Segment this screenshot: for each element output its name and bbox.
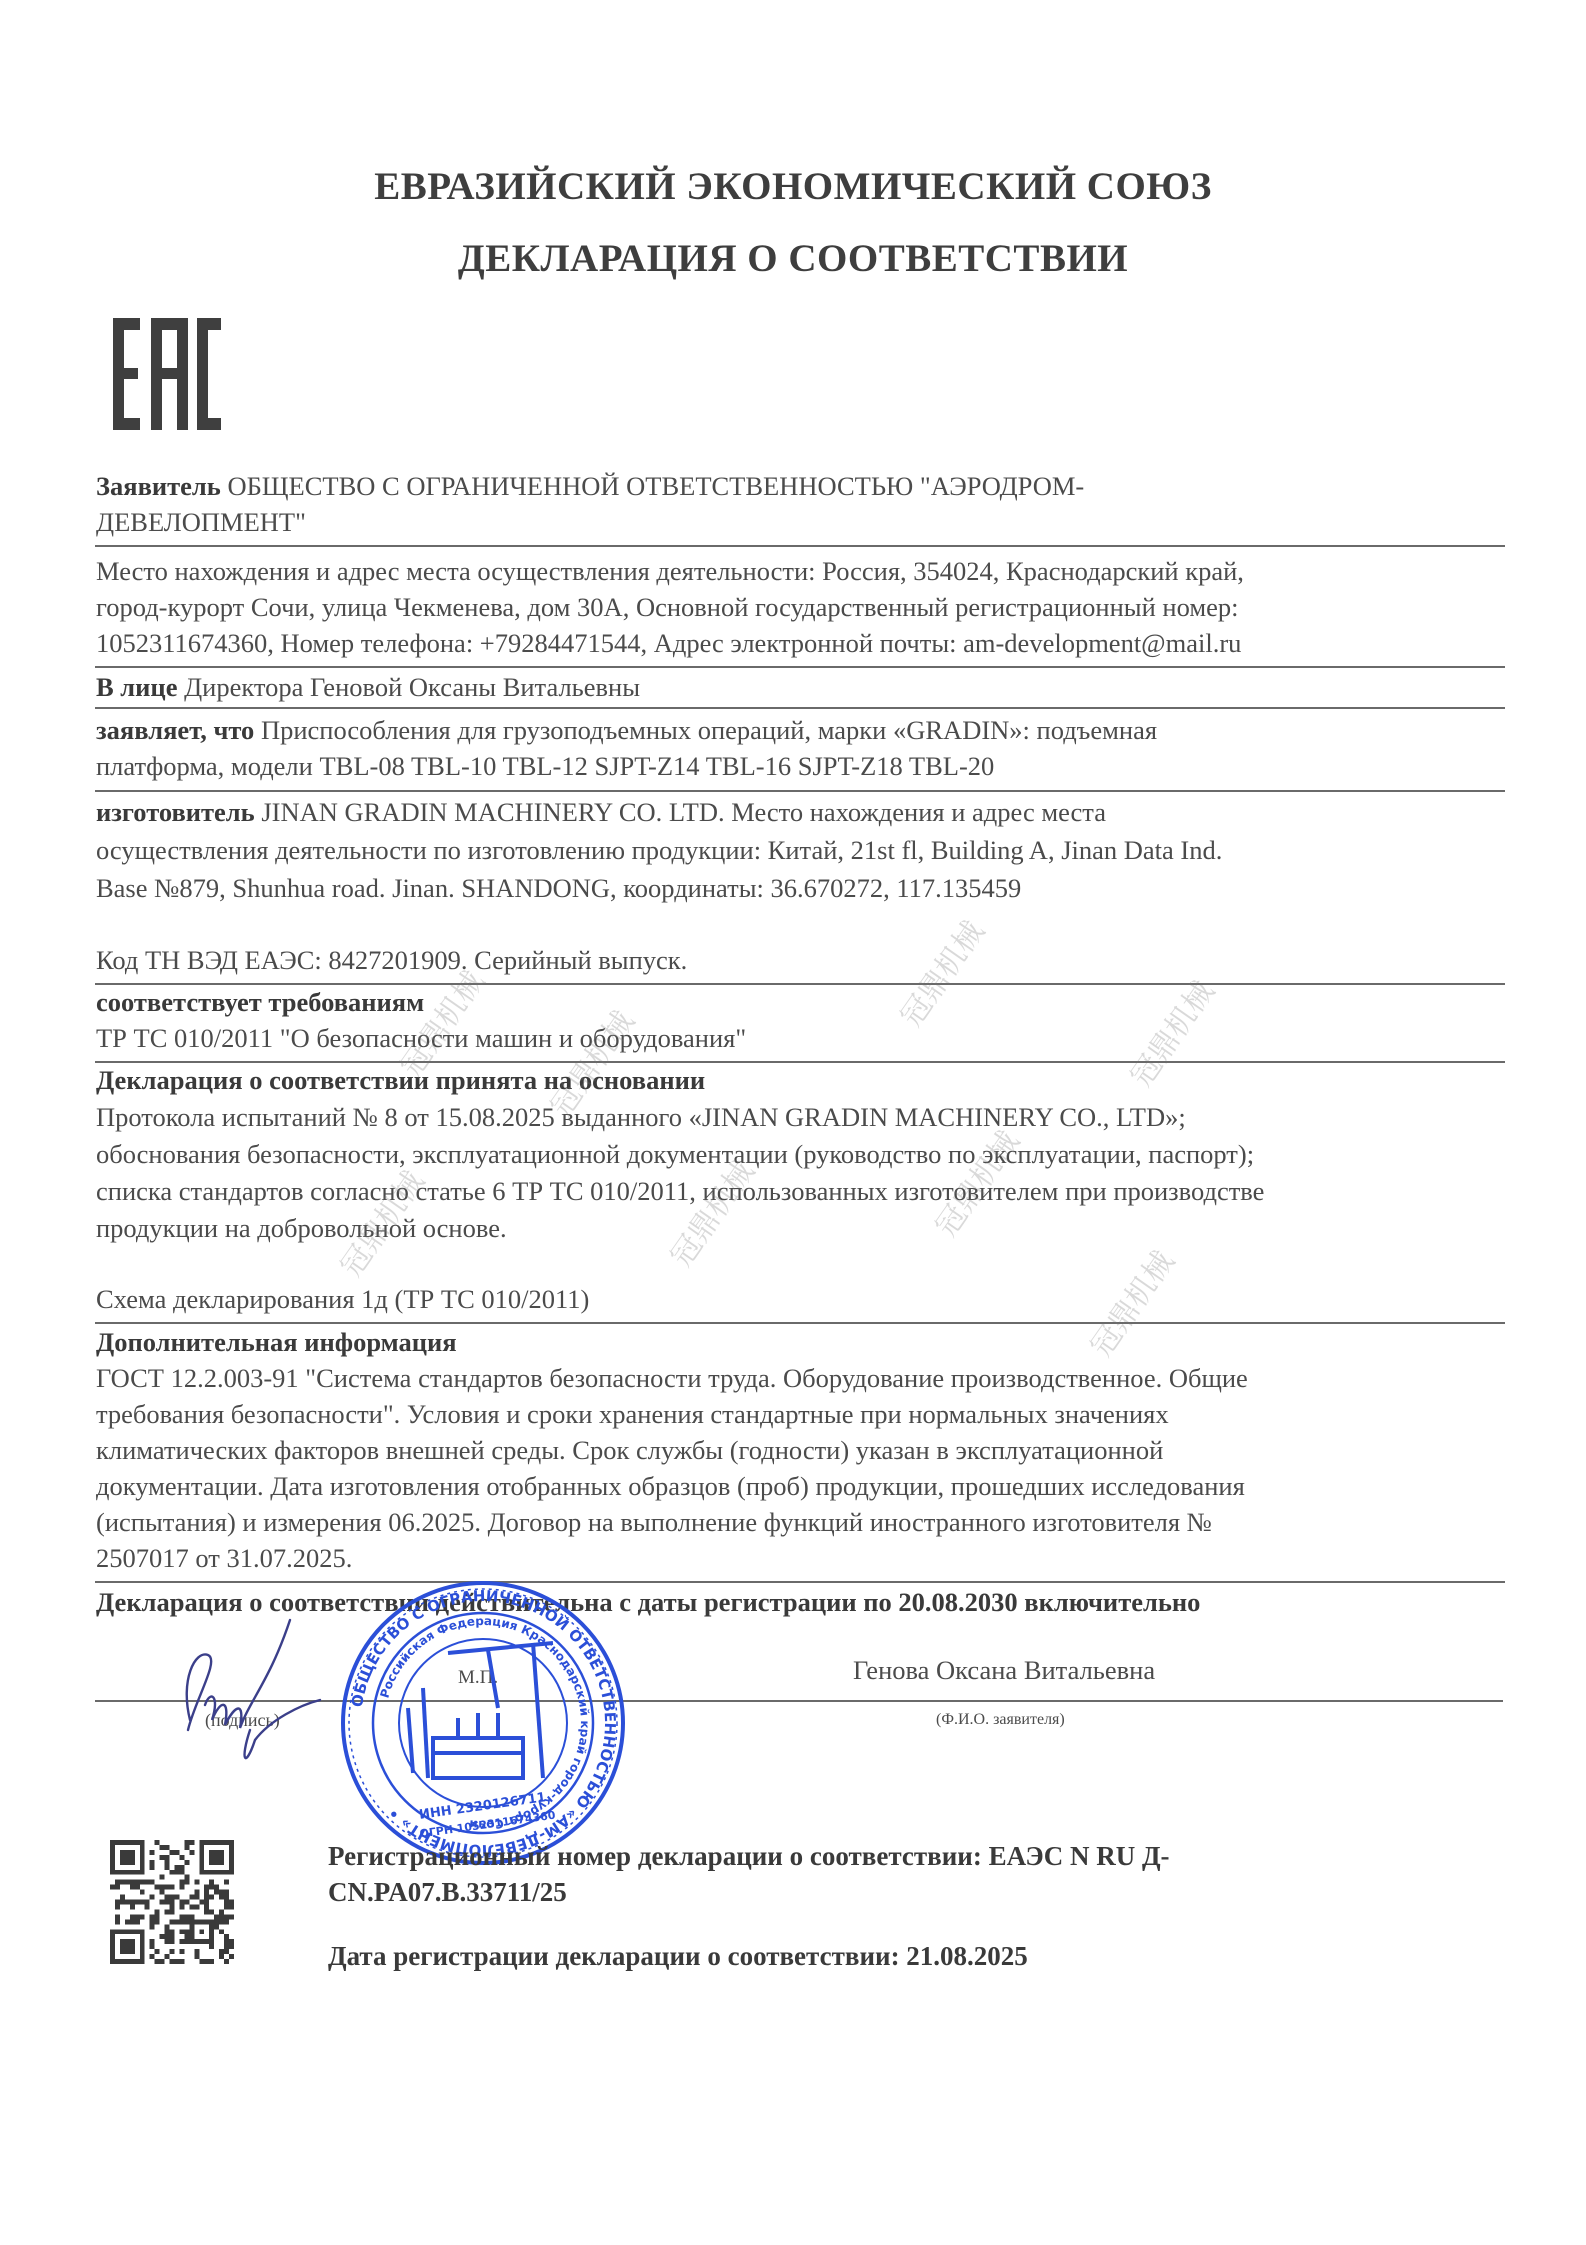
declares-label: заявляет, что: [96, 715, 254, 745]
divider: [95, 1581, 1505, 1583]
eac-logo-icon: [113, 318, 221, 430]
representative-row: В лице Директора Геновой Оксаны Витальев…: [96, 669, 640, 705]
applicant-line-1: Заявитель ОБЩЕСТВО С ОГРАНИЧЕННОЙ ОТВЕТС…: [96, 468, 1084, 504]
additional-line: 2507017 от 31.07.2025.: [96, 1540, 352, 1576]
signer-caption: (Ф.И.О. заявителя): [936, 1702, 1065, 1738]
additional-line: ГОСТ 12.2.003-91 "Система стандартов без…: [96, 1360, 1248, 1396]
divider: [95, 545, 1505, 547]
product-description: Приспособления для грузоподъемных операц…: [254, 715, 1157, 745]
union-title: ЕВРАЗИЙСКИЙ ЭКОНОМИЧЕСКИЙ СОЮЗ: [0, 164, 1586, 209]
declares-line-1: заявляет, что Приспособления для грузопо…: [96, 712, 1157, 748]
manufacturer-line-1: изготовитель JINAN GRADIN MACHINERY CO. …: [96, 794, 1106, 830]
additional-line: требования безопасности". Условия и срок…: [96, 1396, 1169, 1432]
manufacturer-address-line: осуществления деятельности по изготовлен…: [96, 832, 1222, 868]
product-models: платформа, модели TBL-08 TBL-10 TBL-12 S…: [96, 748, 994, 784]
divider: [95, 666, 1505, 668]
divider: [95, 707, 1505, 709]
basis-line: списка стандартов согласно статье 6 ТР Т…: [96, 1173, 1264, 1209]
additional-line: (испытания) и измерения 06.2025. Договор…: [96, 1504, 1212, 1540]
additional-line: климатических факторов внешней среды. Ср…: [96, 1432, 1163, 1468]
hs-code: Код ТН ВЭД ЕАЭС: 8427201909. Серийный вы…: [96, 942, 687, 978]
manufacturer-name: JINAN GRADIN MACHINERY CO. LTD. Место на…: [255, 797, 1106, 827]
requirements-label: соответствует требованиям: [96, 984, 424, 1020]
company-seal-stamp: ОБЩЕСТВО С ОГРАНИЧЕННОЙ ОТВЕТСТВЕННОСТЬЮ…: [338, 1578, 628, 1868]
basis-label: Декларация о соответствии принята на осн…: [96, 1062, 705, 1098]
additional-label: Дополнительная информация: [96, 1324, 457, 1360]
basis-line: продукции на добровольной основе.: [96, 1210, 507, 1246]
registration-number-line-1: Регистрационный номер декларации о соотв…: [328, 1838, 1170, 1874]
applicant-address-line: 1052311674360, Номер телефона: +79284471…: [96, 625, 1241, 661]
qr-code-icon[interactable]: [110, 1840, 234, 1964]
signer-name: Генова Оксана Витальевна: [853, 1652, 1155, 1688]
additional-line: документации. Дата изготовления отобранн…: [96, 1468, 1245, 1504]
declaration-scheme: Схема декларирования 1д (ТР ТС 010/2011): [96, 1281, 589, 1317]
applicant-address-line: город-курорт Сочи, улица Чекменева, дом …: [96, 589, 1238, 625]
basis-line: обоснования безопасности, эксплуатационн…: [96, 1136, 1254, 1172]
watermark: 冠鼎机械: [1118, 970, 1223, 1094]
divider: [95, 790, 1505, 792]
representative-value: Директора Геновой Оксаны Витальевны: [177, 672, 640, 702]
watermark: 冠鼎机械: [888, 910, 993, 1034]
watermark: 冠鼎机械: [1078, 1240, 1183, 1364]
applicant-label: Заявитель: [96, 471, 221, 501]
document-title: ДЕКЛАРАЦИЯ О СООТВЕТСТВИИ: [0, 236, 1586, 281]
manufacturer-address-line: Base №879, Shunhua road. Jinan. SHANDONG…: [96, 870, 1021, 906]
representative-label: В лице: [96, 672, 177, 702]
registration-date: Дата регистрации декларации о соответств…: [328, 1938, 1028, 1974]
manufacturer-label: изготовитель: [96, 797, 255, 827]
requirements-value: ТР ТС 010/2011 "О безопасности машин и о…: [96, 1020, 746, 1056]
registration-number-line-2: CN.PA07.B.33711/25: [328, 1874, 567, 1910]
applicant-address-line: Место нахождения и адрес места осуществл…: [96, 553, 1244, 589]
applicant-name: ОБЩЕСТВО С ОГРАНИЧЕННОЙ ОТВЕТСТВЕННОСТЬЮ…: [221, 471, 1084, 501]
basis-line: Протокола испытаний № 8 от 15.08.2025 вы…: [96, 1099, 1186, 1135]
handwritten-signature-icon: [150, 1610, 330, 1770]
applicant-name-line-2: ДЕВЕЛОПМЕНТ": [96, 504, 306, 540]
